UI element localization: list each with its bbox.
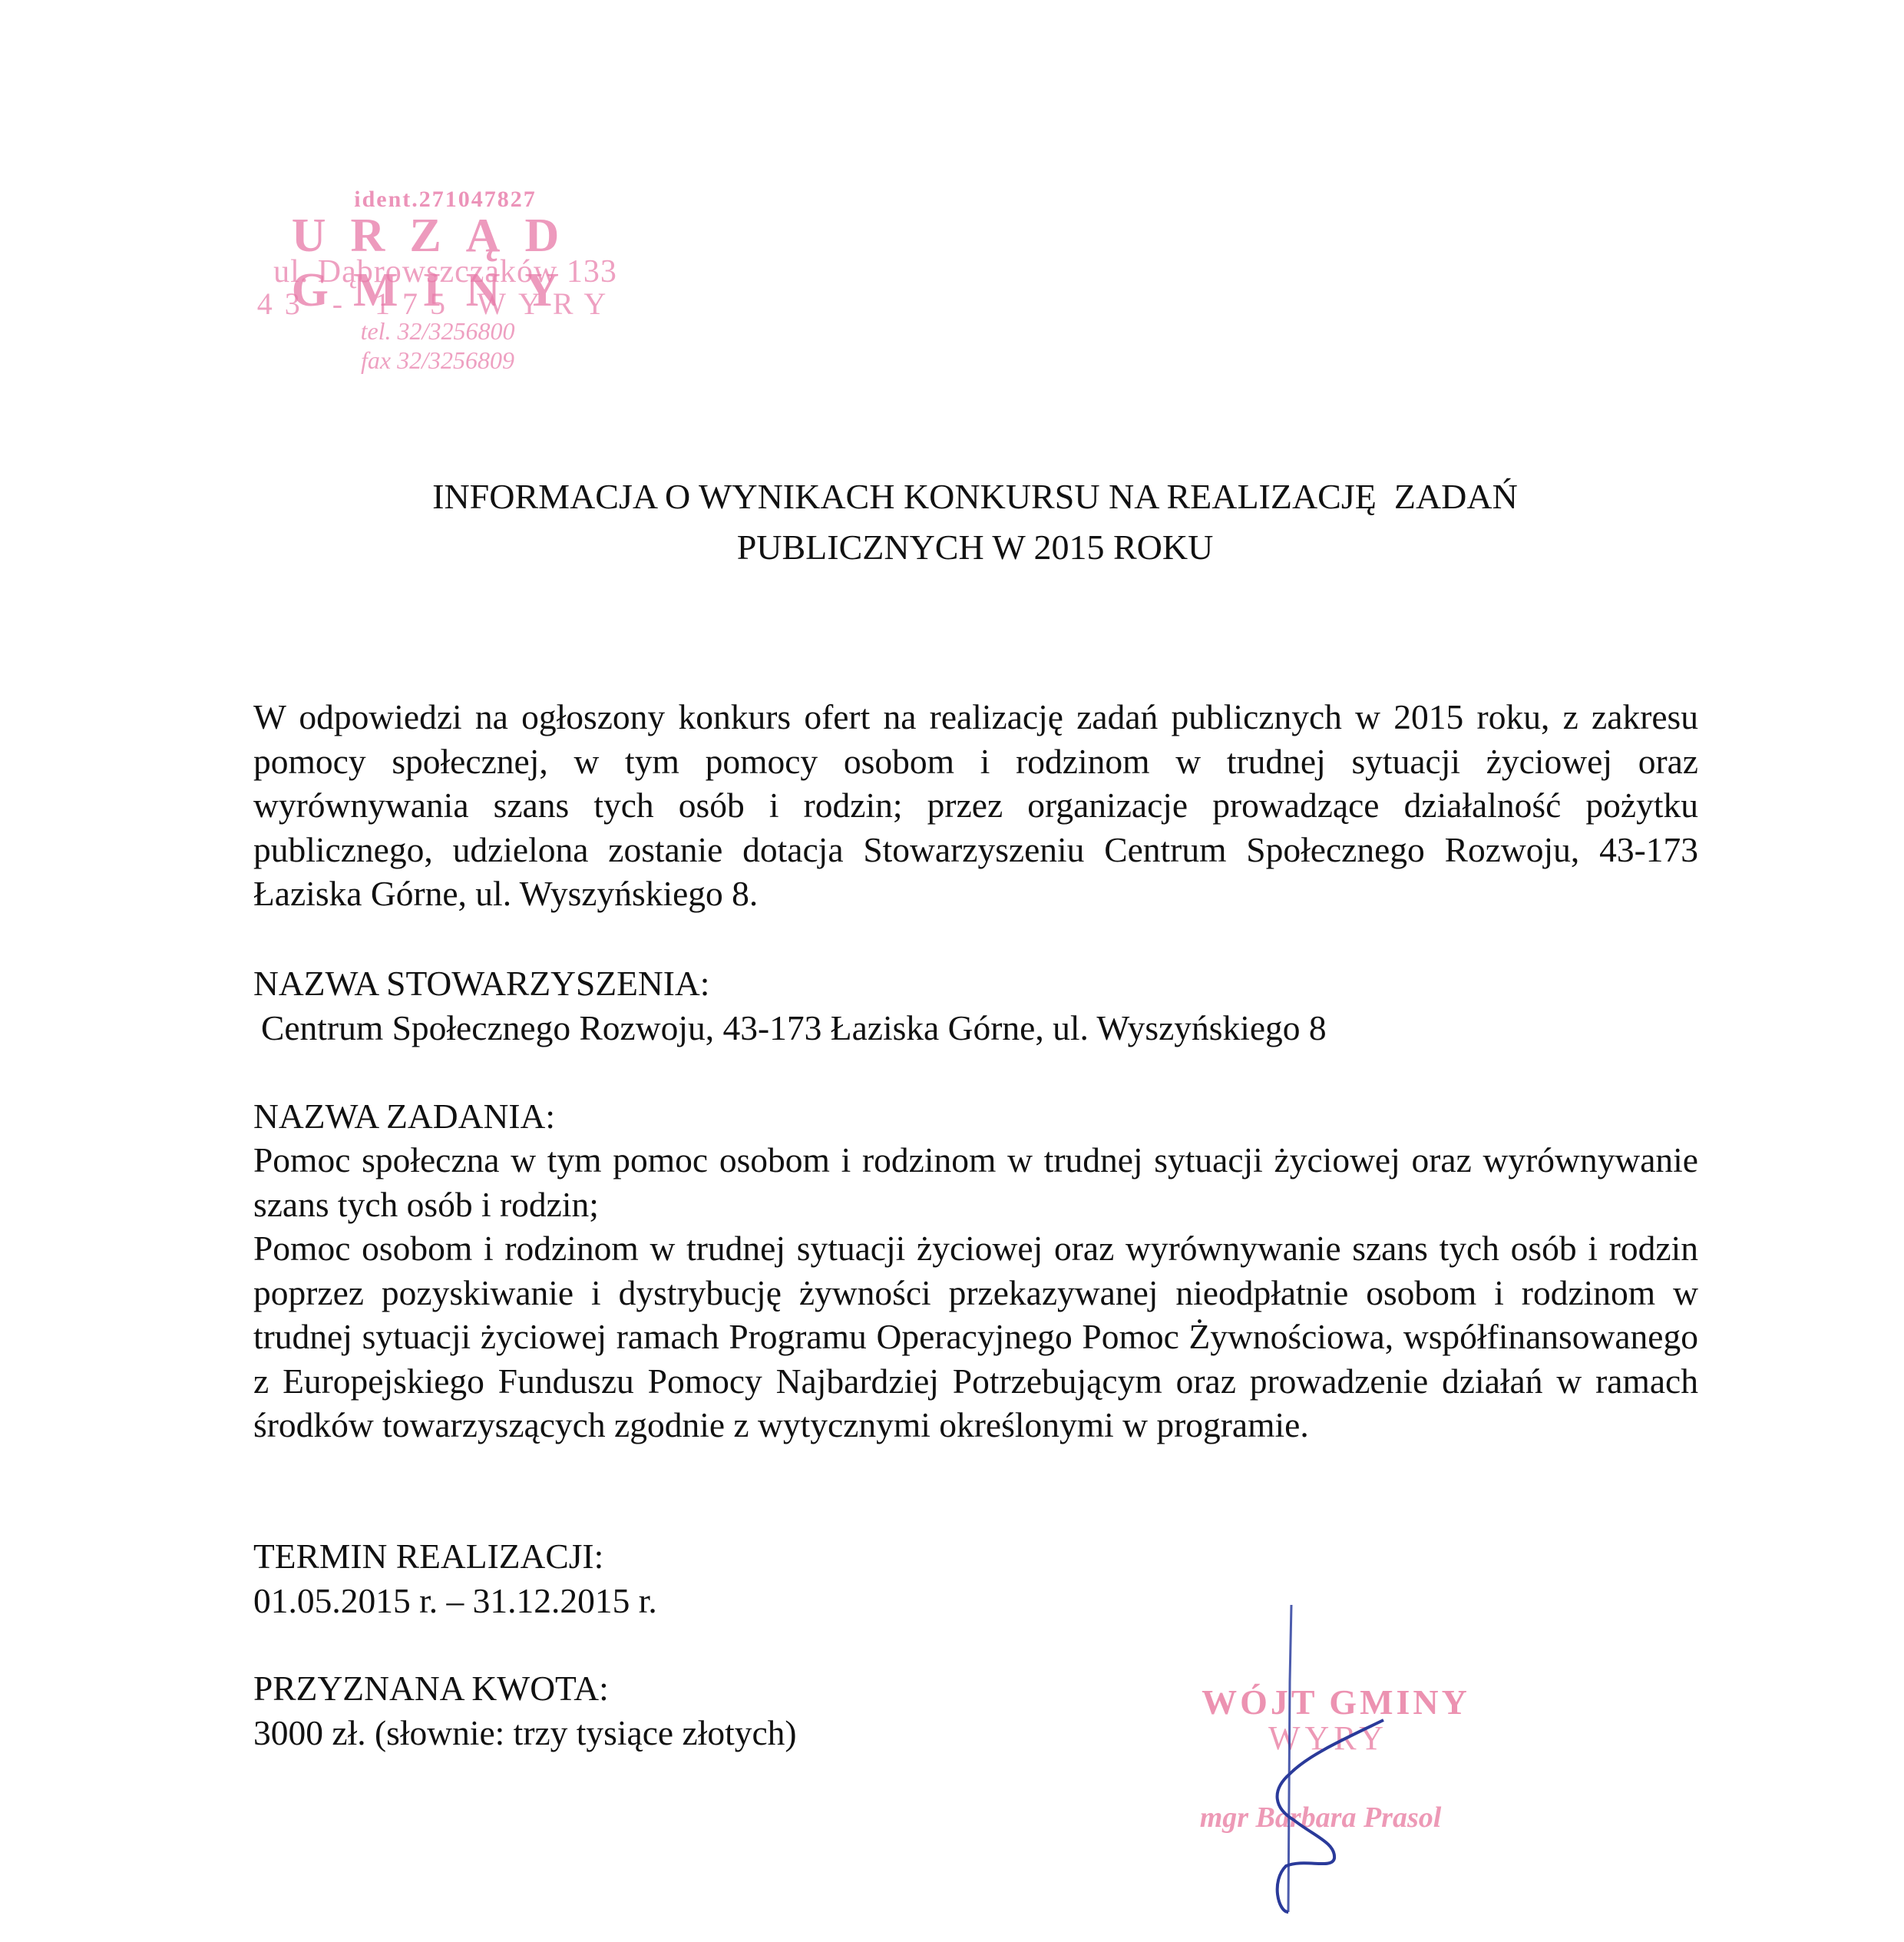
stamp-phone: tel. 32/3256800	[322, 317, 553, 346]
task-paragraph: Pomoc społeczna w tym pomoc osobom i rod…	[253, 1138, 1698, 1226]
term-value: 01.05.2015 r. – 31.12.2015 r.	[253, 1579, 1698, 1623]
title-line-2: PUBLICZNYCH W 2015 ROKU	[253, 525, 1697, 570]
task-label: NAZWA ZADANIA:	[253, 1094, 1698, 1139]
intro-paragraph: W odpowiedzi na ogłoszony konkurs ofert …	[253, 695, 1698, 916]
task-description: Pomoc społeczna w tym pomoc osobom i rod…	[253, 1138, 1698, 1447]
stamp-fax: fax 32/3256809	[322, 346, 553, 375]
document-title: INFORMACJA O WYNIKACH KONKURSU NA REALIZ…	[253, 475, 1697, 570]
stamp-city: 43 - 175 WYRY	[253, 286, 622, 322]
task-paragraph: Pomoc osobom i rodzinom w trudnej sytuac…	[253, 1226, 1698, 1447]
association-label: NAZWA STOWARZYSZENIA:	[253, 961, 1698, 1006]
stamp-street: ul. Dąbrowszczaków 133	[230, 253, 660, 290]
handwritten-signature-icon	[1228, 1590, 1459, 1927]
association-value: Centrum Społecznego Rozwoju, 43-173 Łazi…	[261, 1006, 1706, 1050]
term-label: TERMIN REALIZACJI:	[253, 1534, 1698, 1579]
title-line-1: INFORMACJA O WYNIKACH KONKURSU NA REALIZ…	[253, 475, 1697, 519]
